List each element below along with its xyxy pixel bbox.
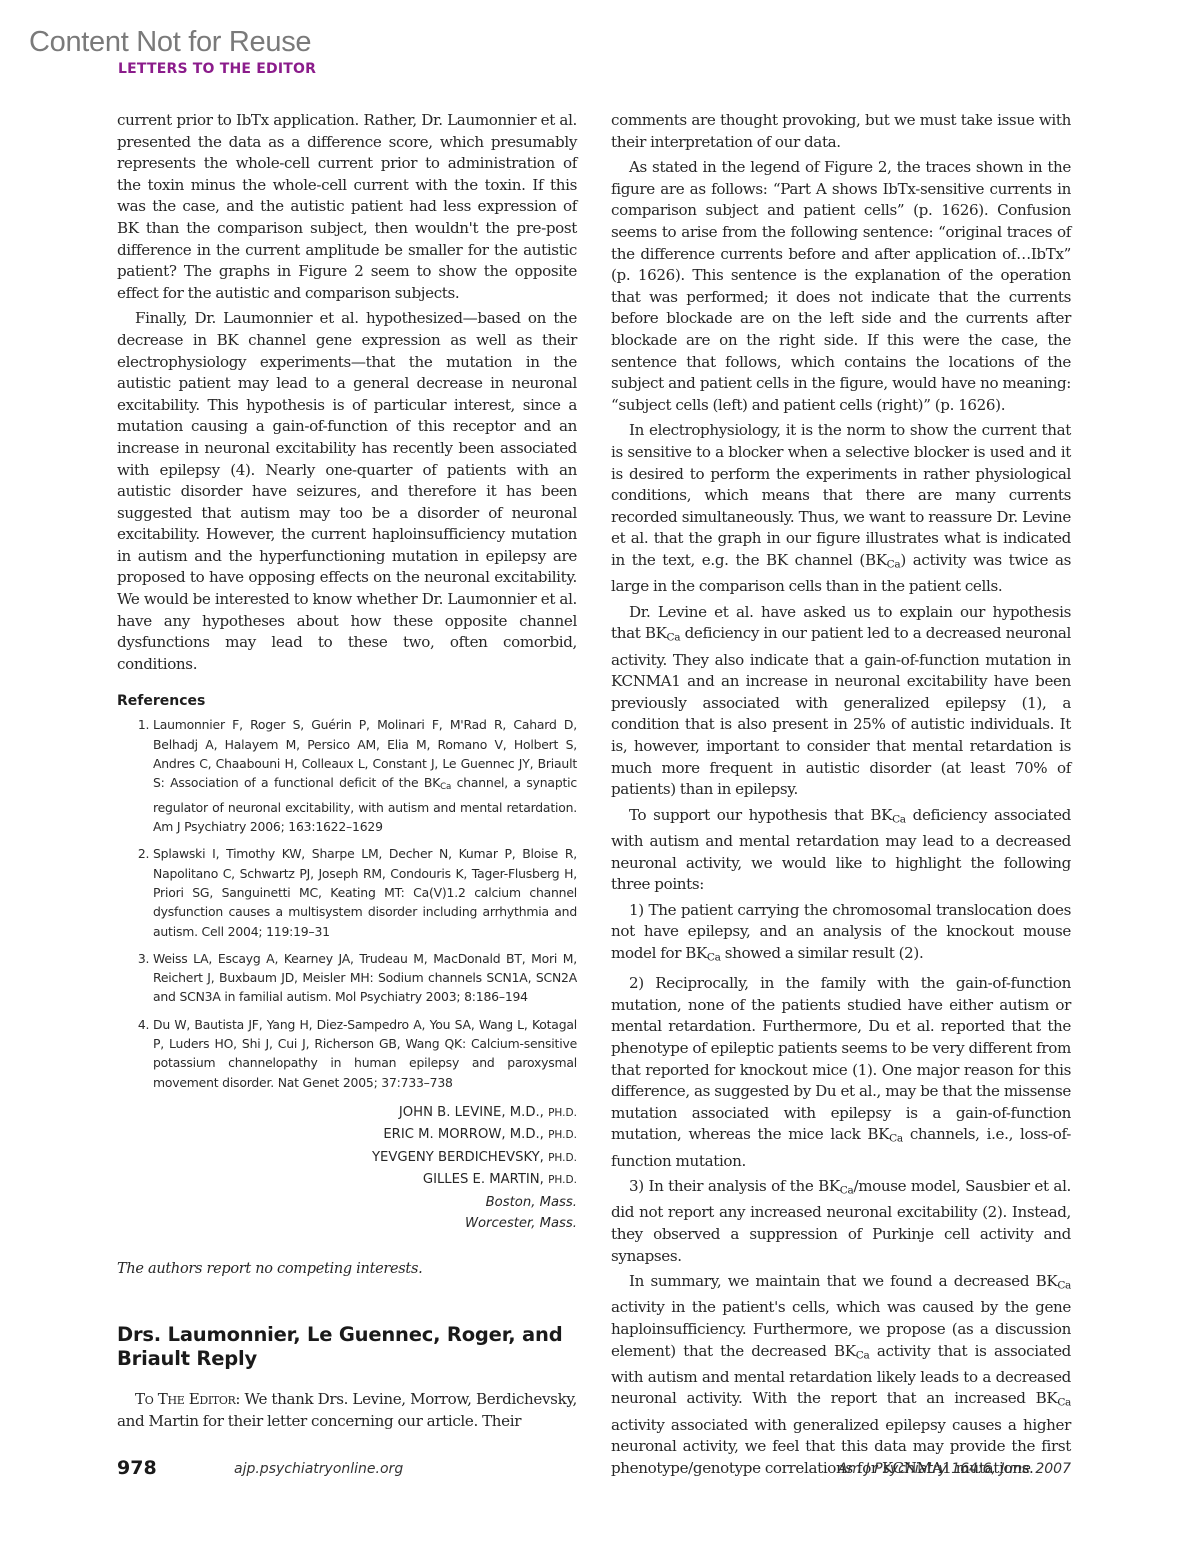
reference-item: Splawski I, Timothy KW, Sharpe LM, Deche… bbox=[153, 844, 577, 940]
paragraph: To support our hypothesis that BKCa defi… bbox=[611, 805, 1071, 896]
paragraph: Dr. Levine et al. have asked us to expla… bbox=[611, 602, 1071, 801]
paragraph: current prior to IbTx application. Rathe… bbox=[117, 110, 577, 304]
competing-interests-statement: The authors report no competing interest… bbox=[117, 1261, 577, 1277]
paragraph: comments are thought provoking, but we m… bbox=[611, 110, 1071, 153]
signature-block: JOHN B. LEVINE, M.D., PH.D. ERIC M. MORR… bbox=[117, 1102, 577, 1235]
author-signature: GILLES E. MARTIN, PH.D. bbox=[117, 1169, 577, 1192]
page-number: 978 bbox=[117, 1457, 157, 1479]
reply-title: Drs. Laumonnier, Le Guennec, Roger, and … bbox=[117, 1323, 577, 1371]
reference-item: Weiss LA, Escayg A, Kearney JA, Trudeau … bbox=[153, 949, 577, 1007]
paragraph: 2) Reciprocally, in the family with the … bbox=[611, 973, 1071, 1172]
paragraph: 1) The patient carrying the chromosomal … bbox=[611, 900, 1071, 969]
right-column: comments are thought provoking, but we m… bbox=[611, 110, 1071, 1483]
left-column: current prior to IbTx application. Rathe… bbox=[117, 110, 577, 1436]
watermark: Content Not for Reuse bbox=[29, 28, 311, 57]
letter-body: current prior to IbTx application. Rathe… bbox=[117, 110, 577, 675]
paragraph: 3) In their analysis of the BKCa/mouse m… bbox=[611, 1176, 1071, 1267]
salutation: To The Editor: bbox=[135, 1390, 240, 1408]
author-location: Worcester, Mass. bbox=[117, 1213, 577, 1235]
references-heading: References bbox=[117, 693, 577, 709]
paragraph: In electrophysiology, it is the norm to … bbox=[611, 420, 1071, 597]
author-signature: JOHN B. LEVINE, M.D., PH.D. bbox=[117, 1102, 577, 1125]
section-label: LETTERS TO THE EDITOR bbox=[118, 61, 316, 77]
reference-item: Du W, Bautista JF, Yang H, Diez-Sampedro… bbox=[153, 1015, 577, 1092]
journal-citation: Am J Psychiatry 164:6, June 2007 bbox=[838, 1461, 1071, 1477]
journal-url: ajp.psychiatryonline.org bbox=[234, 1461, 403, 1477]
paragraph: As stated in the legend of Figure 2, the… bbox=[611, 157, 1071, 416]
references-list: Laumonnier F, Roger S, Guérin P, Molinar… bbox=[117, 715, 577, 1092]
paragraph: In summary, we maintain that we found a … bbox=[611, 1271, 1071, 1479]
author-signature: ERIC M. MORROW, M.D., PH.D. bbox=[117, 1124, 577, 1147]
author-signature: YEVGENY BERDICHEVSKY, PH.D. bbox=[117, 1147, 577, 1170]
reference-item: Laumonnier F, Roger S, Guérin P, Molinar… bbox=[153, 715, 577, 836]
reply-opening-paragraph: To The Editor: We thank Drs. Levine, Mor… bbox=[117, 1389, 577, 1432]
author-location: Boston, Mass. bbox=[117, 1192, 577, 1214]
paragraph: Finally, Dr. Laumonnier et al. hypothesi… bbox=[117, 308, 577, 675]
